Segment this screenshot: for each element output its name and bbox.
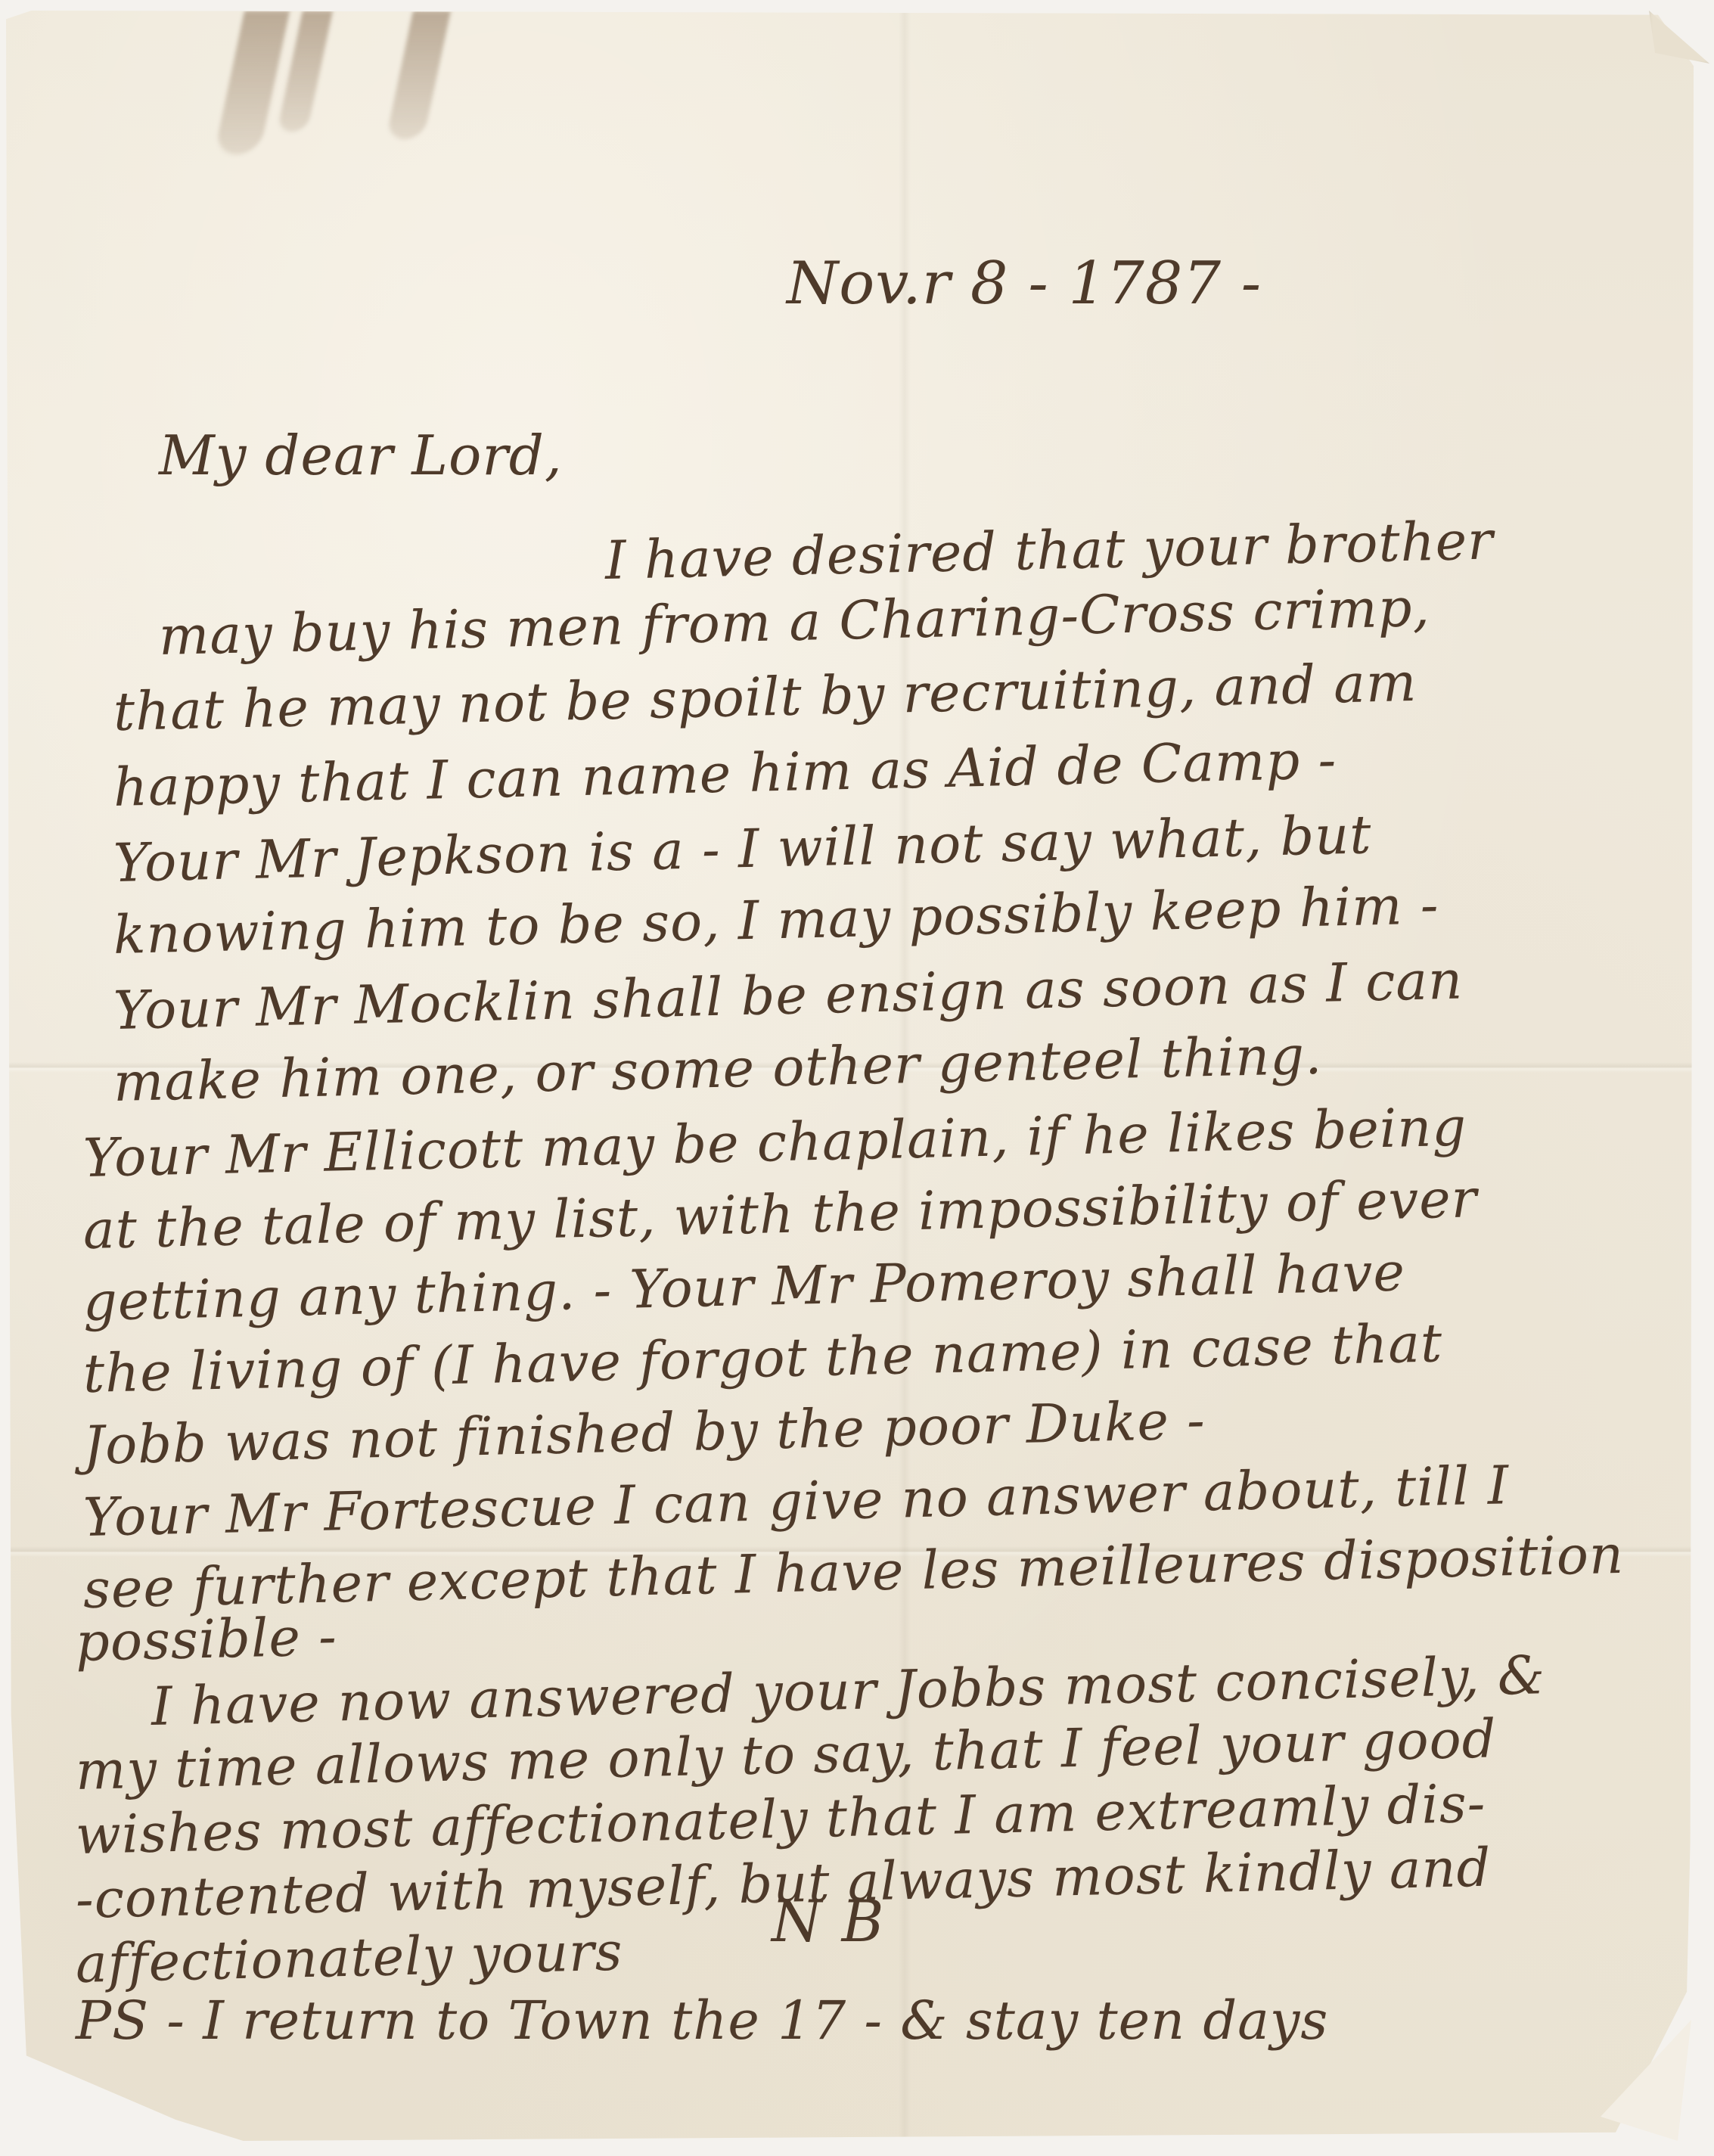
ink-smudge — [214, 11, 290, 154]
scanned-letter: Nov.r 8 - 1787 - My dear Lord, I have de… — [0, 0, 1714, 2156]
postscript: PS - I return to Town the 17 - & stay te… — [76, 1990, 1328, 2052]
signature: N B — [772, 1887, 885, 1955]
letter-date: Nov.r 8 - 1787 - — [787, 250, 1262, 318]
closing-line: affectionately yours — [75, 1921, 623, 1995]
letter-line: possible - — [75, 1605, 337, 1673]
ink-smudge — [386, 11, 451, 139]
salutation: My dear Lord, — [159, 424, 563, 487]
